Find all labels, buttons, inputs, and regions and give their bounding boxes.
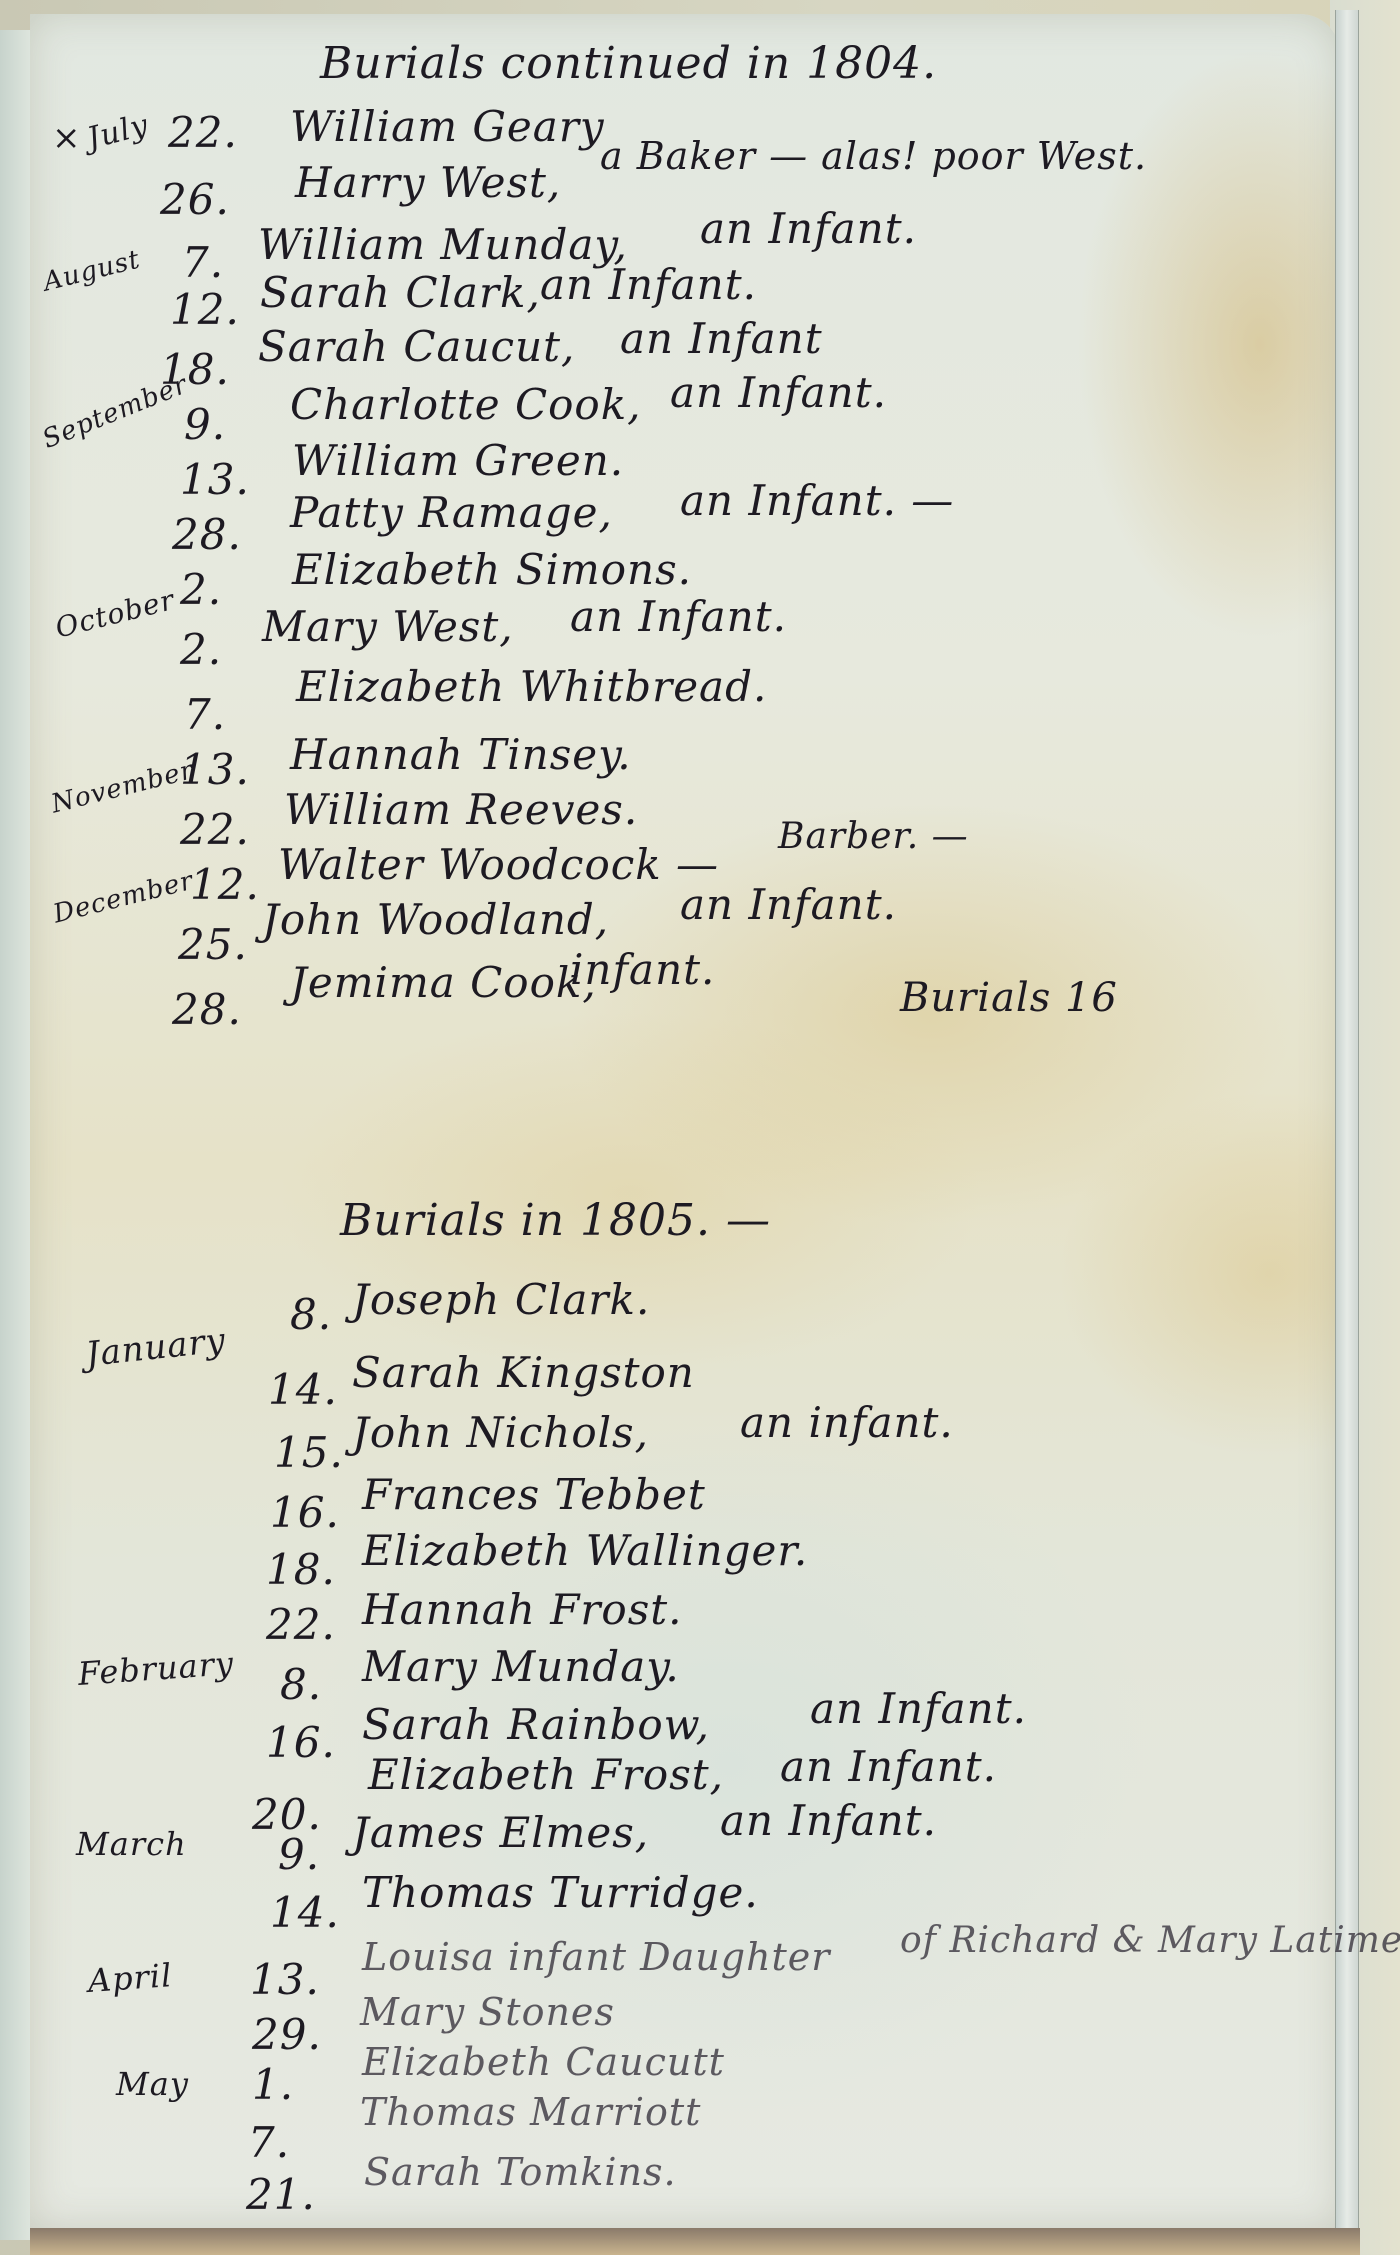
entry-name: Sarah Rainbow, [362, 1700, 710, 1749]
entry-name: Elizabeth Whitbread. [296, 662, 767, 711]
entry-name: William Geary [290, 102, 605, 151]
entry-day: 8. [280, 1660, 322, 1709]
entry-name: Thomas Marriott [360, 2090, 701, 2134]
entry-name: Joseph Clark. [352, 1275, 650, 1324]
entry-name: Sarah Kingston [352, 1348, 695, 1397]
entry-day: 9. [184, 400, 226, 449]
marginal-cross-mark: × [52, 118, 82, 158]
entry-name: Mary Stones [360, 1990, 615, 2034]
entry-note: an Infant. [720, 1796, 937, 1845]
entry-note: an Infant. [810, 1684, 1027, 1733]
entry-day: 13. [180, 745, 250, 794]
entry-note: an Infant. [670, 368, 887, 417]
entry-day: 16. [270, 1488, 340, 1537]
entry-day: 13. [250, 1955, 320, 2004]
entry-note: an infant. [740, 1398, 954, 1447]
section-heading-1805: Burials in 1805. — [340, 1195, 771, 1246]
entry-note: an Infant. [540, 260, 757, 309]
entry-day: 7. [182, 238, 224, 287]
entry-day: 18. [160, 345, 230, 394]
entry-day: 16. [266, 1718, 336, 1767]
entry-name: Thomas Turridge. [362, 1868, 759, 1917]
burials-total-1804: Burials 16 [900, 975, 1118, 1021]
entry-day: 2. [180, 625, 222, 674]
entry-note: an Infant. [700, 204, 917, 253]
entry-name: Sarah Tomkins. [364, 2150, 677, 2194]
entry-day: 12. [170, 285, 240, 334]
entry-name: Sarah Clark, [260, 268, 541, 317]
entry-day: 9. [278, 1830, 320, 1879]
entry-name: Sarah Caucut, [258, 322, 575, 371]
entry-day: 14. [268, 1365, 338, 1414]
entry-note: a Baker — alas! poor West. [600, 134, 1147, 178]
entry-name: William Green. [292, 436, 624, 485]
entry-name: Patty Ramage, [290, 488, 613, 537]
entry-note: an Infant. [780, 1742, 997, 1791]
left-page-edge [0, 30, 34, 2240]
entry-day: 22. [266, 1600, 336, 1649]
entry-name: Walter Woodcock — [278, 840, 719, 889]
entry-name: Hannah Frost. [362, 1585, 683, 1634]
entry-day: 21. [246, 2170, 316, 2219]
entry-name: Elizabeth Frost, [368, 1750, 724, 1799]
entry-name: Harry West, [295, 158, 561, 207]
page-fore-edge [1335, 10, 1359, 2240]
entry-note: an Infant. [680, 880, 897, 929]
entry-day: 18. [266, 1545, 336, 1594]
entry-name: Mary Munday. [362, 1642, 680, 1691]
entry-name: Hannah Tinsey. [290, 730, 632, 779]
entry-day: 15. [274, 1428, 344, 1477]
entry-name: Charlotte Cook, [290, 380, 642, 429]
entry-day: 22. [180, 805, 250, 854]
entry-day: 1. [252, 2060, 294, 2109]
entry-name: William Reeves. [284, 785, 638, 834]
entry-note: Barber. — [778, 816, 969, 857]
entry-day: 7. [184, 690, 226, 739]
entry-name: Elizabeth Wallinger. [362, 1526, 808, 1575]
entry-day: 13. [180, 455, 250, 504]
entry-note: infant. [570, 945, 715, 994]
month-label-may: May [116, 2065, 189, 2103]
entry-day: 14. [270, 1888, 340, 1937]
section-heading-1804: Burials continued in 1804. [320, 38, 937, 89]
entry-name: Elizabeth Simons. [292, 545, 692, 594]
entry-name: James Elmes, [352, 1808, 649, 1857]
entry-day: 2. [180, 565, 222, 614]
entry-note: of Richard & Mary Latimer [900, 1920, 1400, 1961]
entry-day: 8. [290, 1290, 332, 1339]
entry-day: 28. [172, 985, 242, 1034]
entry-name: John Woodland, [262, 895, 609, 944]
entry-day: 26. [160, 175, 230, 224]
entry-name: Mary West, [262, 602, 514, 651]
entry-day: 28. [172, 510, 242, 559]
entry-day: 12. [190, 860, 260, 909]
entry-note: an Infant [620, 314, 823, 363]
month-label-march: March [76, 1825, 187, 1863]
entry-name: Jemima Cook, [290, 958, 597, 1007]
entry-name: John Nichols, [352, 1408, 649, 1457]
entry-day: 25. [178, 920, 248, 969]
entry-note: an Infant. — [680, 476, 954, 525]
entry-day: 22. [168, 108, 238, 157]
entry-name: Frances Tebbet [362, 1470, 706, 1519]
entry-note: an Infant. [570, 592, 787, 641]
entry-day: 29. [252, 2010, 322, 2059]
book-bottom-edge [30, 2228, 1360, 2255]
entry-day: 7. [248, 2118, 290, 2167]
month-label-april: April [87, 1956, 174, 2000]
entry-name: Elizabeth Caucutt [362, 2040, 725, 2084]
entry-name: Louisa infant Daughter [362, 1935, 830, 1979]
